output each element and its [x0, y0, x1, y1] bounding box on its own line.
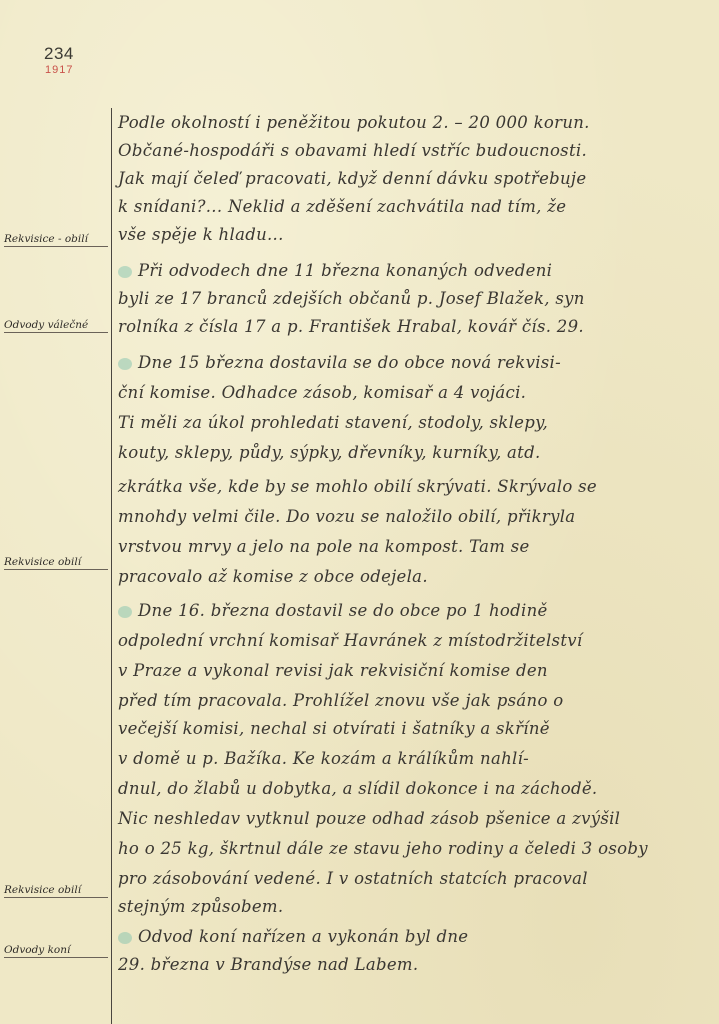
text-line: k snídani?... Neklid a zděšení zachvátil…: [118, 192, 708, 221]
page-number: 234: [44, 44, 74, 64]
paragraph-line: Dne 15 března dostavila se do obce nová …: [118, 348, 708, 377]
text-line: v domě u p. Bažíka. Ke kozám a králíkům …: [118, 744, 708, 773]
text-line: 29. března v Brandýse nad Labem.: [118, 950, 708, 979]
margin-rule: [111, 108, 112, 1024]
paragraph-mark-icon: [118, 932, 132, 944]
text-line: pro zásobování vedené. I v ostatních sta…: [118, 864, 708, 893]
text-line: zkrátka vše, kde by se mohlo obilí skrýv…: [118, 472, 708, 501]
paragraph-line: Dne 16. března dostavil se do obce po 1 …: [118, 596, 708, 625]
paragraph-mark-icon: [118, 358, 132, 370]
margin-note-odvody-koni: Odvody koní: [4, 944, 108, 958]
text-line: Jak mají čeleď pracovati, když denní dáv…: [118, 164, 708, 193]
text-line: byli ze 17 branců zdejších občanů p. Jos…: [118, 284, 708, 313]
margin-note-rekvisice-obili-3: Rekvisice obilí: [4, 884, 108, 898]
text-line: kouty, sklepy, půdy, sýpky, dřevníky, ku…: [118, 438, 708, 467]
text-line: odpolední vrchní komisař Havránek z míst…: [118, 626, 708, 655]
paragraph-mark-icon: [118, 266, 132, 278]
paragraph-line: Při odvodech dne 11 března konaných odve…: [118, 256, 708, 285]
text-line: Podle okolností i peněžitou pokutou 2. –…: [118, 108, 708, 137]
margin-note-rekvisice-obili-1: Rekvisice - obilí: [4, 233, 108, 247]
text-line: ční komise. Odhadce zásob, komisař a 4 v…: [118, 378, 708, 407]
text-line: před tím pracovala. Prohlížel znovu vše …: [118, 686, 708, 715]
text-line: dnul, do žlabů u dobytka, a slídil dokon…: [118, 774, 708, 803]
page-year: 1917: [45, 64, 73, 76]
text-line: večejší komisi, nechal si otvírati i šat…: [118, 714, 708, 743]
text-line: Nic neshledav vytknul pouze odhad zásob …: [118, 804, 708, 833]
text-line: mnohdy velmi čile. Do vozu se naložilo o…: [118, 502, 708, 531]
text-line: stejným způsobem.: [118, 892, 708, 921]
text-line: vše spěje k hladu...: [118, 220, 708, 249]
text-line: vrstvou mrvy a jelo na pole na kompost. …: [118, 532, 708, 561]
text-line: Ti měli za úkol prohledati stavení, stod…: [118, 408, 708, 437]
text-line: Občané-hospodáři s obavami hledí vstříc …: [118, 136, 708, 165]
text-line: rolníka z čísla 17 a p. František Hrabal…: [118, 312, 708, 341]
paragraph-mark-icon: [118, 606, 132, 618]
text-line: pracovalo až komise z obce odejela.: [118, 562, 708, 591]
margin-note-odvody-valecne: Odvody válečné: [4, 319, 108, 333]
margin-note-rekvisice-obili-2: Rekvisice obilí: [4, 556, 108, 570]
ledger-page: 234 1917 Rekvisice - obilí Odvody válečn…: [0, 0, 719, 1024]
text-line: v Praze a vykonal revisi jak rekvisiční …: [118, 656, 708, 685]
text-line: ho o 25 kg, škrtnul dále ze stavu jeho r…: [118, 834, 708, 863]
paragraph-line: Odvod koní nařízen a vykonán byl dne: [118, 922, 708, 951]
